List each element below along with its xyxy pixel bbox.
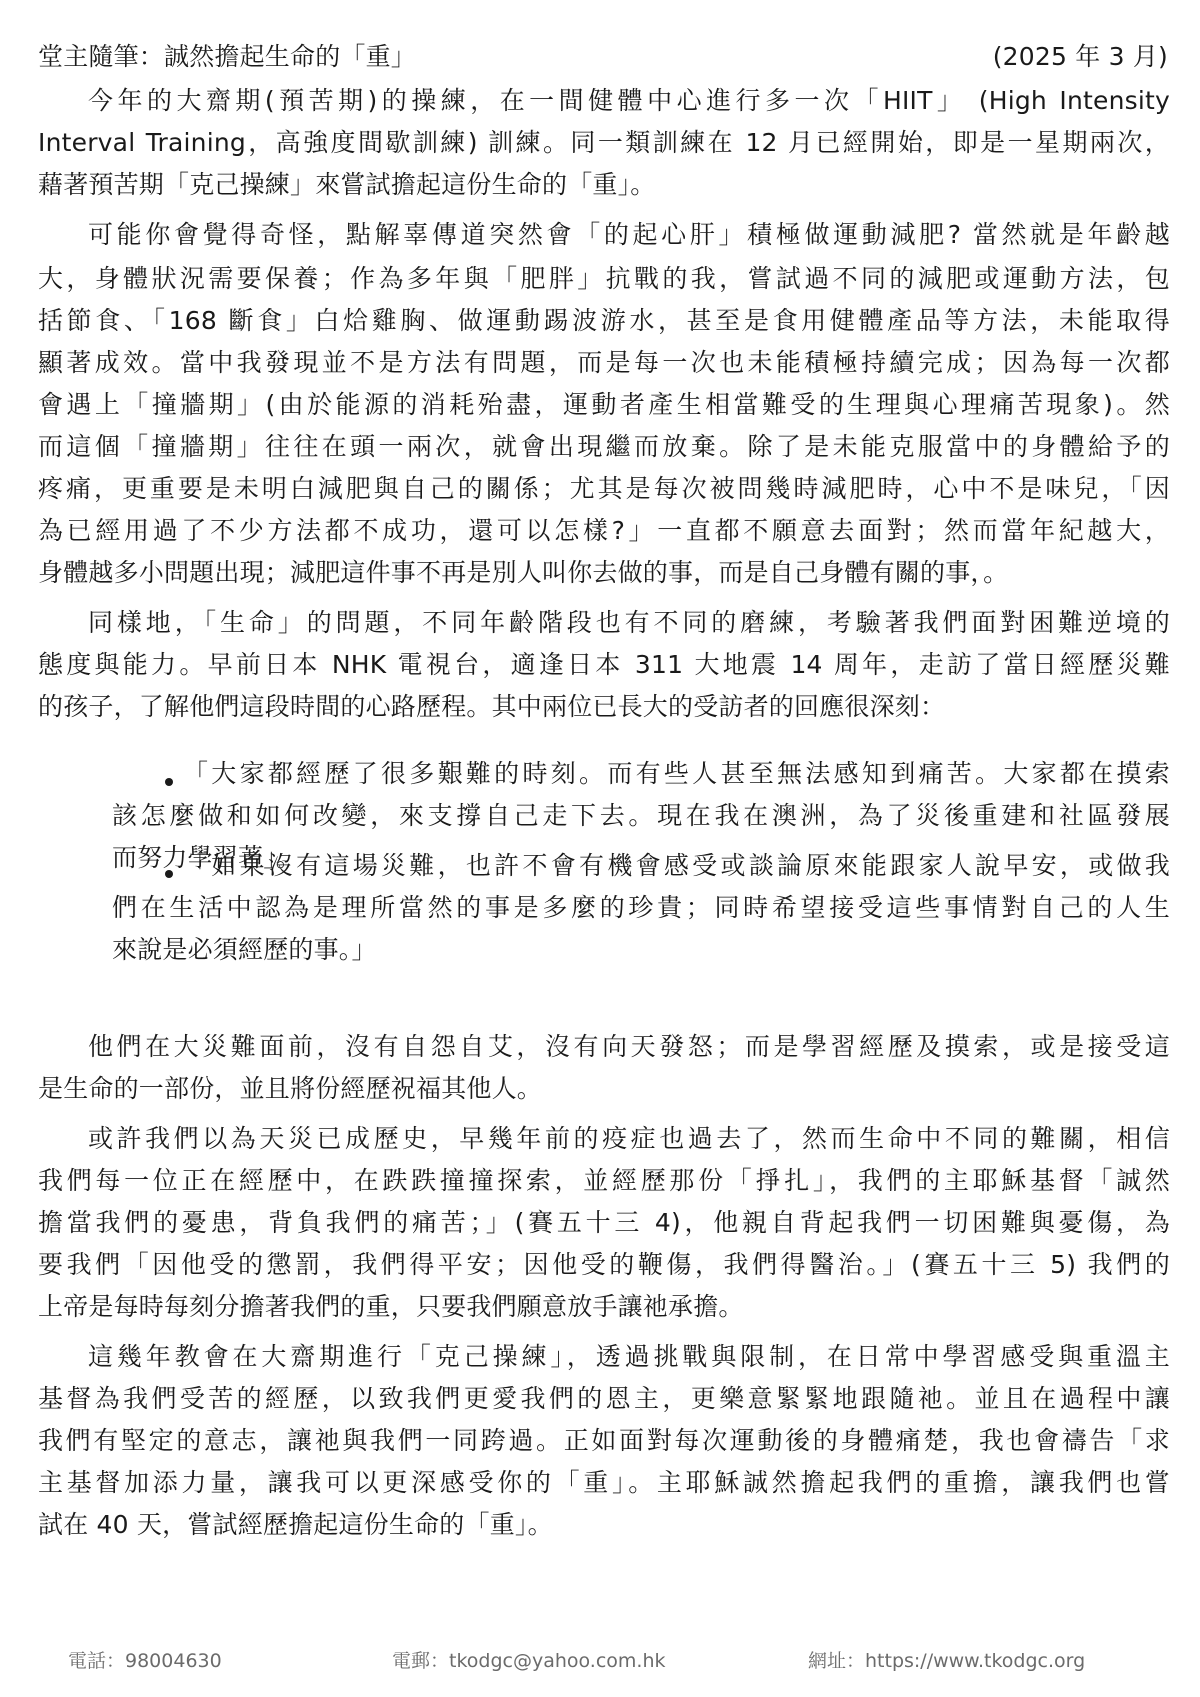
footer-website[interactable]: 網址：https://www.tkodgc.org [808, 1648, 1085, 1674]
paragraph-line: 我們每一位正在經歷中，在跌跌撞撞探索，並經歷那份「掙扎」，我們的主耶穌基督「誠然 [38, 1164, 1170, 1198]
paragraph-line: 上帝是每時每刻分擔著我們的重，只要我們願意放手讓祂承擔。 [38, 1290, 1170, 1324]
footer-phone: 電話：98004630 [68, 1648, 222, 1674]
quote-line: 「如果沒有這場災難，也許不會有機會感受或談論原來能跟家人說早安，或做我 [183, 849, 1170, 883]
paragraph-line: 基督為我們受苦的經歷，以致我們更愛我們的恩主，更樂意緊緊地跟隨祂。並且在過程中讓 [38, 1382, 1170, 1416]
paragraph-line: 為已經用過了不少方法都不成功，還可以怎樣?」一直都不願意去面對；然而當年紀越大， [38, 514, 1170, 548]
paragraph-line: 括節食、「168 斷食」白烚雞胸、做運動踢波游水，甚至是食用健體產品等方法，未能… [38, 304, 1170, 338]
paragraph-line: 他們在大災難面前，沒有自怨自艾，沒有向天發怒；而是學習經歷及摸索，或是接受這 [88, 1030, 1170, 1064]
paragraph-line: 主基督加添力量，讓我可以更深感受你的「重」。主耶穌誠然擔起我們的重擔，讓我們也嘗 [38, 1466, 1170, 1500]
paragraph-line: 會遇上「撞牆期」(由於能源的消耗殆盡，運動者產生相當難受的生理與心理痛苦現象)。… [38, 388, 1170, 422]
paragraph-line: 大，身體狀況需要保養；作為多年與「肥胖」抗戰的我，嘗試過不同的減肥或運動方法，包 [38, 262, 1170, 296]
paragraph-line: 這幾年教會在大齋期進行「克己操練」，透過挑戰與限制，在日常中學習感受與重溫主 [88, 1340, 1170, 1374]
paragraph-line: 要我們「因他受的懲罰，我們得平安；因他受的鞭傷，我們得醫治。」(賽五十三 5) … [38, 1248, 1170, 1282]
paragraph-line: 疼痛，更重要是未明白減肥與自己的關係；尤其是每次被問幾時減肥時，心中不是味兒，「… [38, 472, 1170, 506]
paragraph-line: 可能你會覺得奇怪，點解辜傳道突然會「的起心肝」積極做運動減肥? 當然就是年齡越 [88, 218, 1170, 252]
paragraph-line: 而這個「撞牆期」往往在頭一兩次，就會出現繼而放棄。除了是未能克服當中的身體給予的 [38, 430, 1170, 464]
quote-line: 們在生活中認為是理所當然的事是多麼的珍貴；同時希望接受這些事情對自己的人生 [112, 891, 1170, 925]
paragraph-line: 或許我們以為天災已成歷史，早幾年前的疫症也過去了，然而生命中不同的難關，相信 [88, 1122, 1170, 1156]
bullet-icon [165, 778, 173, 786]
paragraph-line: 同樣地，「生命」的問題，不同年齡階段也有不同的磨練，考驗著我們面對困難逆境的 [88, 606, 1170, 640]
bullet-icon [165, 870, 173, 878]
quote-line: 「大家都經歷了很多艱難的時刻。而有些人甚至無法感知到痛苦。大家都在摸索 [183, 757, 1170, 791]
quote-line: 來說是必須經歷的事。」 [112, 933, 1170, 967]
paragraph-line: 的孩子，了解他們這段時間的心路歷程。其中兩位已長大的受訪者的回應很深刻： [38, 690, 1170, 724]
paragraph-line: 是生命的一部份，並且將份經歷祝福其他人。 [38, 1072, 1170, 1106]
document-page: 堂主隨筆：誠然擔起生命的「重」 (2025 年 3 月) 今年的大齋期(預苦期)… [0, 0, 1200, 1697]
footer-email[interactable]: 電郵：tkodgc@yahoo.com.hk [392, 1648, 666, 1674]
paragraph-line: 態度與能力。早前日本 NHK 電視台，適逢日本 311 大地震 14 周年，走訪… [38, 648, 1170, 682]
document-date: (2025 年 3 月) [993, 40, 1168, 74]
paragraph-line: 試在 40 天，嘗試經歷擔起這份生命的「重」。 [38, 1508, 1170, 1542]
paragraph-line: 今年的大齋期(預苦期)的操練，在一間健體中心進行多一次「HIIT」 (High … [88, 84, 1170, 118]
paragraph-line: 身體越多小問題出現；減肥這件事不再是別人叫你去做的事，而是自己身體有關的事，。 [38, 556, 1170, 590]
paragraph-line: Interval Training，高強度間歇訓練) 訓練。同一類訓練在 12 … [38, 126, 1170, 160]
paragraph-line: 我們有堅定的意志，讓祂與我們一同跨過。正如面對每次運動後的身體痛楚，我也會禱告「… [38, 1424, 1170, 1458]
paragraph-line: 顯著成效。當中我發現並不是方法有問題，而是每一次也未能積極持續完成；因為每一次都 [38, 346, 1170, 380]
paragraph-line: 藉著預苦期「克己操練」來嘗試擔起這份生命的「重」。 [38, 168, 1170, 202]
quote-line: 該怎麼做和如何改變，來支撐自己走下去。現在我在澳洲，為了災後重建和社區發展 [112, 799, 1170, 833]
paragraph-line: 擔當我們的憂患，背負我們的痛苦；」(賽五十三 4)，他親自背起我們一切困難與憂傷… [38, 1206, 1170, 1240]
